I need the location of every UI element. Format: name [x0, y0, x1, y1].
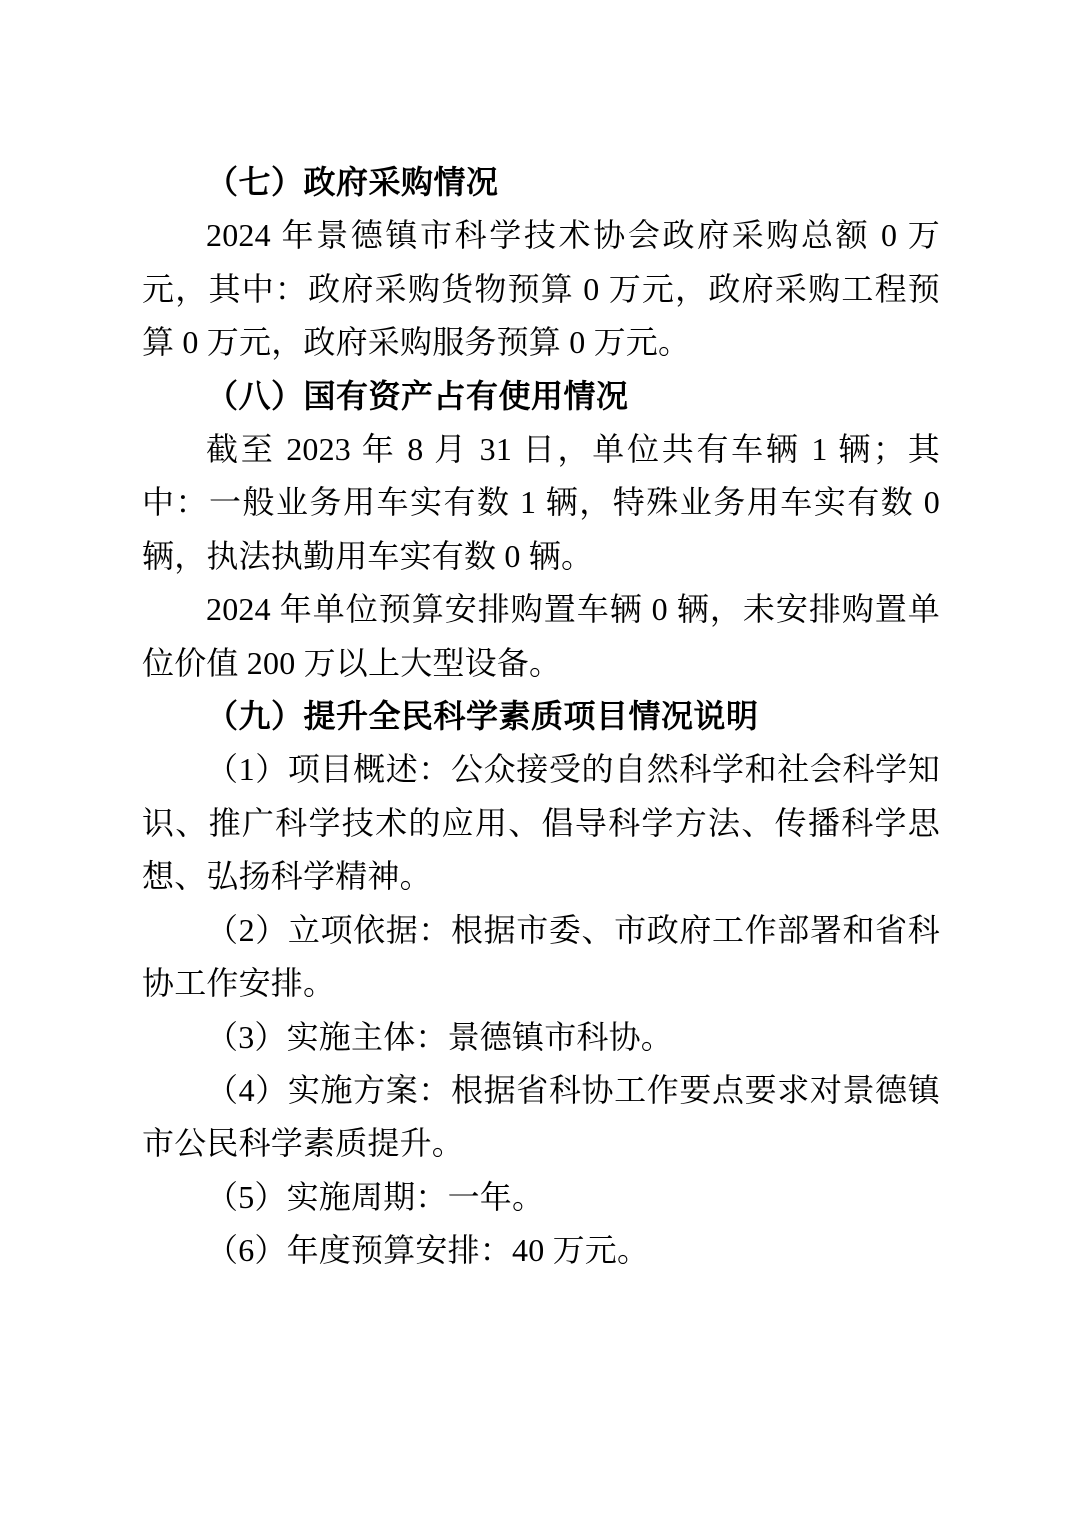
section-9-item-4-implementation-plan: （4）实施方案：根据省科协工作要点要求对景德镇市公民科学素质提升。: [142, 1064, 940, 1171]
document-page: （七）政府采购情况 2024 年景德镇市科学技术协会政府采购总额 0 万元，其中…: [0, 0, 1074, 1520]
section-7-heading: （七）政府采购情况: [142, 156, 940, 209]
section-7-paragraph-procurement: 2024 年景德镇市科学技术协会政府采购总额 0 万元，其中：政府采购货物预算 …: [142, 209, 940, 369]
section-8-heading: （八）国有资产占有使用情况: [142, 370, 940, 423]
section-9-heading: （九）提升全民科学素质项目情况说明: [142, 690, 940, 743]
section-8-paragraph-vehicles-budget: 2024 年单位预算安排购置车辆 0 辆，未安排购置单位价值 200 万以上大型…: [142, 583, 940, 690]
document-content: （七）政府采购情况 2024 年景德镇市科学技术协会政府采购总额 0 万元，其中…: [142, 156, 940, 1278]
section-8-paragraph-vehicles-current: 截至 2023 年 8 月 31 日，单位共有车辆 1 辆；其中：一般业务用车实…: [142, 423, 940, 583]
section-9-item-5-implementation-cycle: （5）实施周期：一年。: [142, 1171, 940, 1224]
section-9-item-1-project-overview: （1）项目概述：公众接受的自然科学和社会科学知识、推广科学技术的应用、倡导科学方…: [142, 743, 940, 903]
section-9-item-2-approval-basis: （2）立项依据：根据市委、市政府工作部署和省科协工作安排。: [142, 904, 940, 1011]
section-9-item-3-implementing-body: （3）实施主体：景德镇市科协。: [142, 1011, 940, 1064]
section-9-item-6-annual-budget: （6）年度预算安排：40 万元。: [142, 1224, 940, 1277]
